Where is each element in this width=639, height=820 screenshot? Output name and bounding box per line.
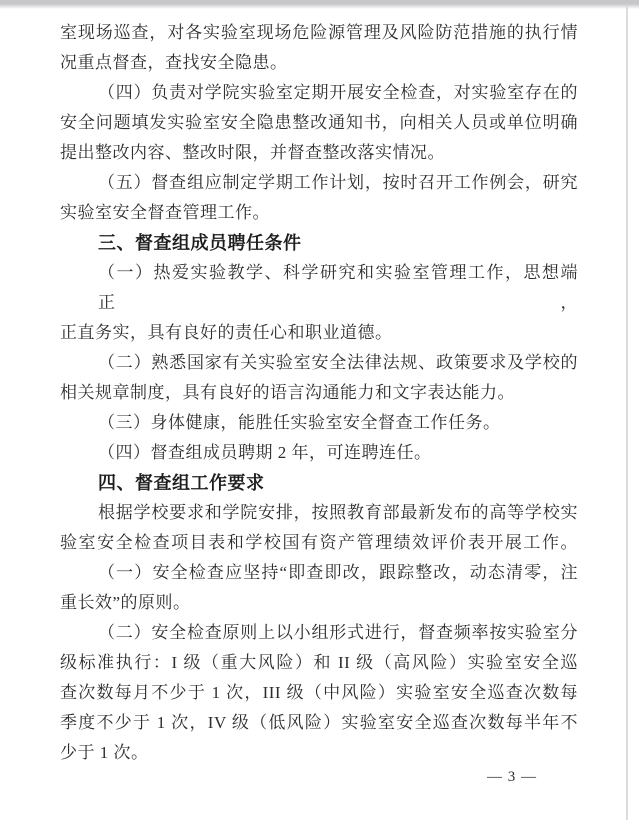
- text-line: （一）热爱实验教学、科学研究和实验室管理工作，思想端正，: [60, 258, 578, 318]
- text-line: （四）负责对学院实验室定期开展安全检查，对实验室存在的: [60, 78, 578, 108]
- text-line: 少于 1 次。: [60, 738, 578, 768]
- text-line: 查次数每月不少于 1 次，III 级（中风险）实验室安全巡查次数每: [60, 678, 578, 708]
- scan-edge-top: [0, 0, 639, 10]
- text-line: 况重点督查，查找安全隐患。: [60, 48, 578, 78]
- text-line: （四）督查组成员聘期 2 年，可连聘连任。: [60, 438, 578, 468]
- section-heading: 三、督查组成员聘任条件: [60, 228, 578, 258]
- document-body: 室现场巡查，对各实验室现场危险源管理及风险防范措施的执行情况重点督查，查找安全隐…: [60, 18, 578, 768]
- text-line: （一）安全检查应坚持“即查即改，跟踪整改，动态清零，注: [60, 558, 578, 588]
- text-line: 正直务实，具有良好的责任心和职业道德。: [60, 318, 578, 348]
- text-line: （二）熟悉国家有关实验室安全法律法规、政策要求及学校的: [60, 348, 578, 378]
- text-line: 级标准执行：I 级（重大风险）和 II 级（高风险）实验室安全巡: [60, 648, 578, 678]
- text-line: 实验室安全督查管理工作。: [60, 198, 578, 228]
- text-line: 相关规章制度，具有良好的语言沟通能力和文字表达能力。: [60, 378, 578, 408]
- text-line: （二）安全检查原则上以小组形式进行，督查频率按实验室分: [60, 618, 578, 648]
- text-line: （三）身体健康，能胜任实验室安全督查工作任务。: [60, 408, 578, 438]
- scan-edge-right: [626, 6, 628, 820]
- text-line: 安全问题填发实验室安全隐患整改通知书，向相关人员或单位明确: [60, 108, 578, 138]
- text-line: 提出整改内容、整改时限，并督查整改落实情况。: [60, 138, 578, 168]
- section-heading: 四、督查组工作要求: [60, 468, 578, 498]
- page-number: — 3 —: [487, 769, 537, 786]
- text-line: 季度不少于 1 次，IV 级（低风险）实验室安全巡查次数每半年不: [60, 708, 578, 738]
- document-page: 室现场巡查，对各实验室现场危险源管理及风险防范措施的执行情况重点督查，查找安全隐…: [0, 0, 639, 820]
- text-line: 根据学校要求和学院安排，按照教育部最新发布的高等学校实: [60, 498, 578, 528]
- text-line: 验室安全检查项目表和学校国有资产管理绩效评价表开展工作。: [60, 528, 578, 558]
- text-line: 室现场巡查，对各实验室现场危险源管理及风险防范措施的执行情: [60, 18, 578, 48]
- text-line: （五）督查组应制定学期工作计划，按时召开工作例会，研究: [60, 168, 578, 198]
- text-line: 重长效”的原则。: [60, 588, 578, 618]
